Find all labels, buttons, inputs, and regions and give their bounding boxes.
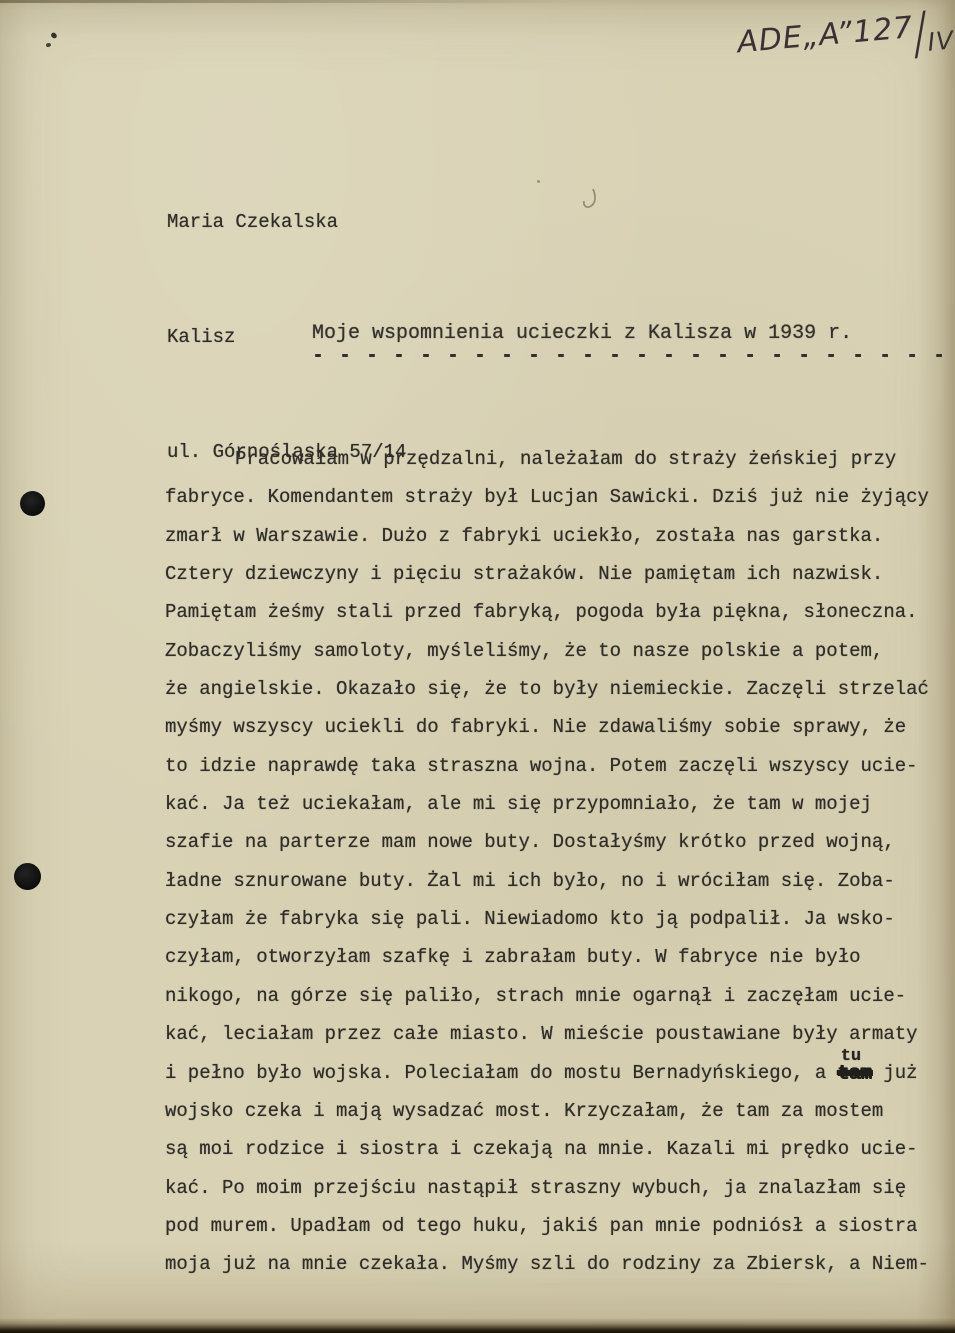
text-line: to idzie naprawdę taka straszna wojna. P… bbox=[165, 747, 929, 785]
text-line: pod murem. Upadłam od tego huku, jakiś p… bbox=[165, 1207, 929, 1245]
scan-bottom-shadow bbox=[0, 1318, 955, 1333]
pen-check-mark bbox=[578, 186, 604, 218]
ink-speck bbox=[45, 42, 51, 47]
text-line: Zobaczyliśmy samoloty, myśleliśmy, że to… bbox=[165, 632, 929, 670]
archive-reference-suffix: IV bbox=[926, 26, 955, 57]
author-name: Maria Czekalska bbox=[167, 203, 406, 241]
archive-reference-slash: / bbox=[912, 1, 928, 68]
overstruck-word: tamtu bbox=[838, 1054, 872, 1092]
scan-top-shadow bbox=[0, 0, 573, 3]
text-line: czyłam, otworzyłam szafkę i zabrałam but… bbox=[165, 938, 929, 976]
text-line: Pracowałam w przędzalni, należałam do st… bbox=[165, 440, 929, 478]
text-line: zmarł w Warszawie. Dużo z fabryki uciekł… bbox=[165, 517, 929, 555]
text-line: kać. Po moim przejściu nastąpił straszny… bbox=[165, 1169, 929, 1207]
ink-speck bbox=[50, 32, 58, 40]
hole-punch-top bbox=[20, 491, 45, 516]
archive-reference-main: ADE„A”127 bbox=[736, 10, 915, 60]
text-line: kać, leciałam przez całe miasto. W mieśc… bbox=[165, 1015, 929, 1053]
text-line: szafie na parterze mam nowe buty. Dostał… bbox=[165, 823, 929, 861]
typed-correction: tu bbox=[841, 1038, 861, 1076]
text-line: kać. Ja też uciekałam, ale mi się przypo… bbox=[165, 785, 929, 823]
text-segment: już bbox=[872, 1062, 918, 1084]
text-line: fabryce. Komendantem straży był Lucjan S… bbox=[165, 478, 929, 516]
title-underline: - - - - - - - - - - - - - - - - - - - - … bbox=[312, 342, 947, 371]
text-line: Cztery dziewczyny i pięciu strażaków. Ni… bbox=[165, 555, 929, 593]
archive-reference-handwritten: ADE„A”127/IV bbox=[736, 7, 953, 61]
text-line: że angielskie. Okazało się, że to były n… bbox=[165, 670, 929, 708]
text-line: wojsko czeka i mają wysadzać most. Krzyc… bbox=[165, 1092, 929, 1130]
text-line: czyłam że fabryka się pali. Niewiadomo k… bbox=[165, 900, 929, 938]
text-line: ładne sznurowane buty. Żal mi ich było, … bbox=[165, 862, 929, 900]
document-title-block: Moje wspomnienia ucieczki z Kalisza w 19… bbox=[312, 322, 947, 365]
text-line: nikogo, na górze się paliło, strach mnie… bbox=[165, 977, 929, 1015]
hole-punch-bottom bbox=[14, 863, 41, 890]
text-line: moja już na mnie czekała. Myśmy szli do … bbox=[165, 1245, 929, 1283]
text-line-with-correction: i pełno było wojska. Poleciałam do mostu… bbox=[165, 1054, 929, 1092]
text-line: są moi rodzice i siostra i czekają na mn… bbox=[165, 1130, 929, 1168]
text-line: Pamiętam żeśmy stali przed fabryką, pogo… bbox=[165, 593, 929, 631]
memoir-text: Pracowałam w przędzalni, należałam do st… bbox=[165, 440, 929, 1284]
document-page: ADE„A”127/IV Maria Czekalska Kalisz ul. … bbox=[0, 0, 955, 1333]
pen-dot-mark bbox=[537, 180, 540, 183]
text-line: myśmy wszyscy uciekli do fabryki. Nie zd… bbox=[165, 708, 929, 746]
text-segment: i pełno było wojska. Poleciałam do mostu… bbox=[165, 1062, 838, 1084]
